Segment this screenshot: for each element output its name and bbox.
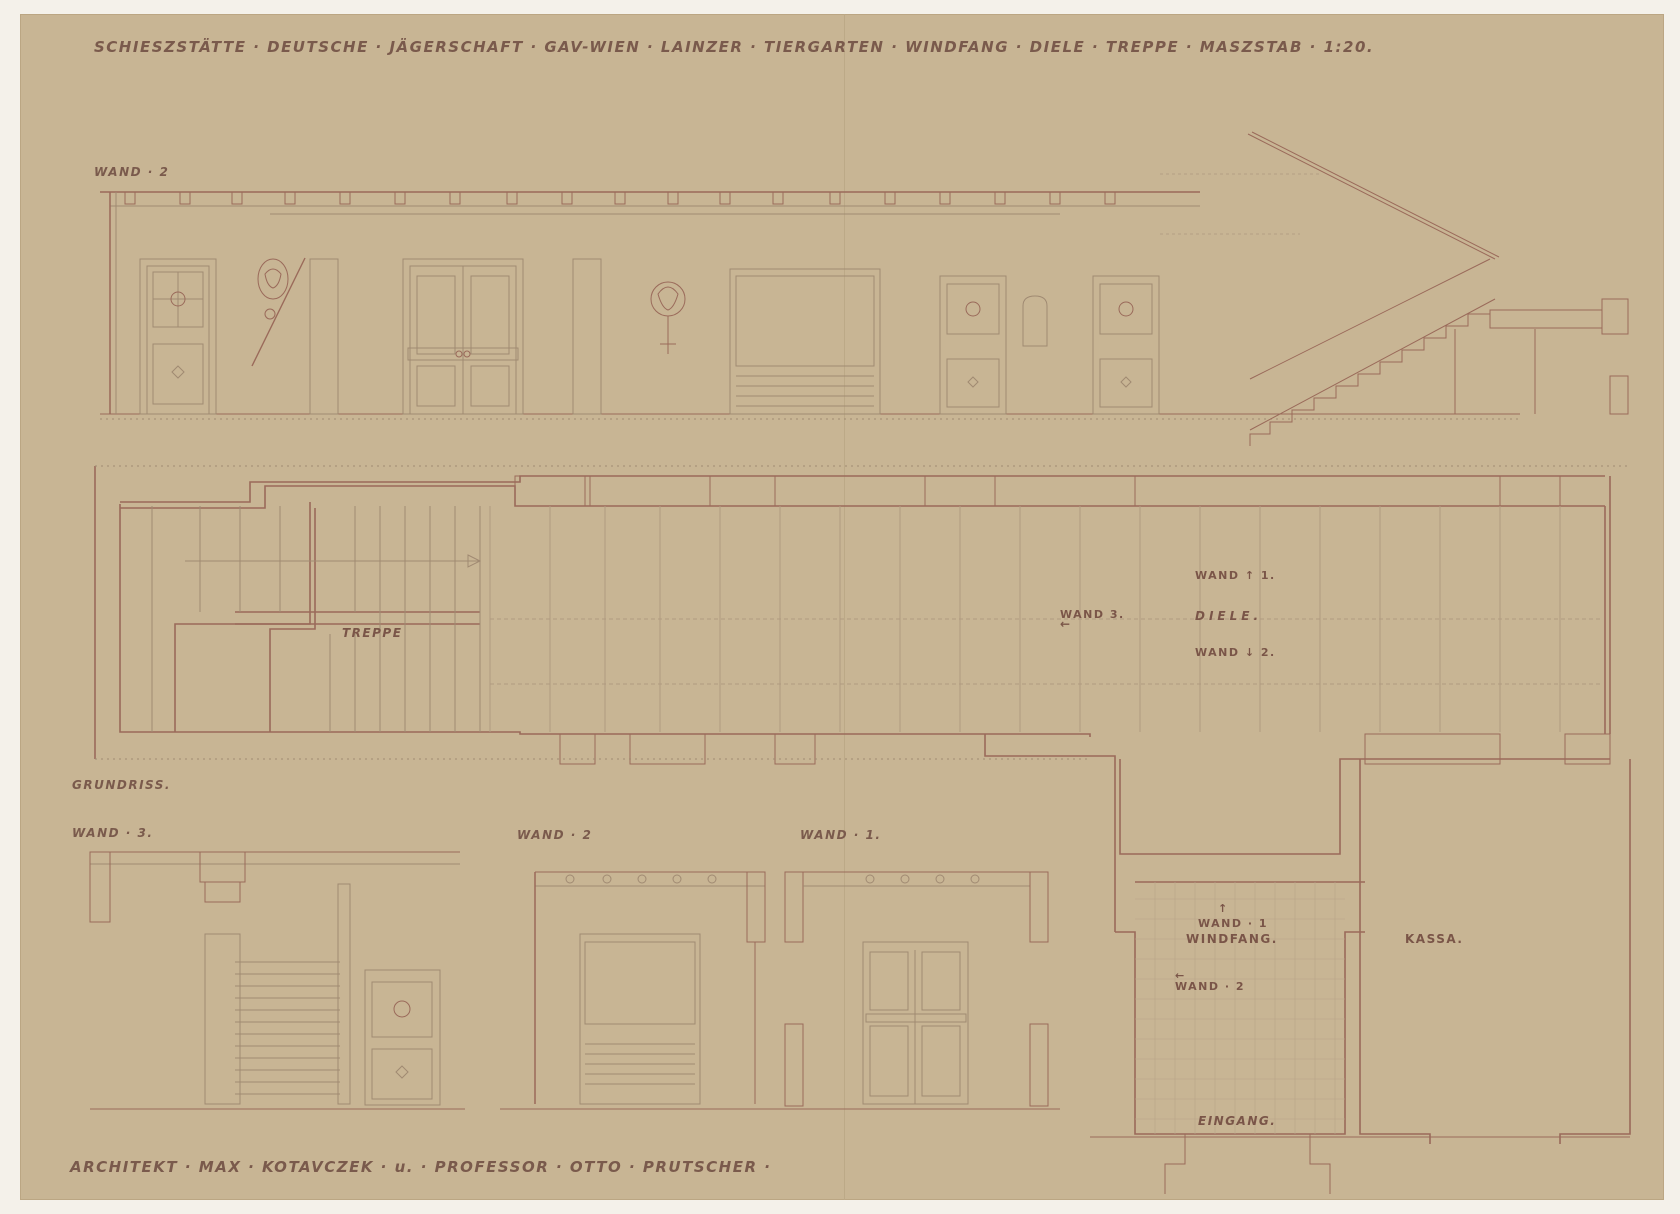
section-label-wand2: WAND · 2 [517,828,592,842]
wall-marker-windfang-wand1: WAND · 1 [1198,917,1268,930]
boar-trophy-icon [252,258,305,366]
door-left [140,259,216,414]
drawing-title: SCHIESZSTÄTTE · DEUTSCHE · JÄGERSCHAFT ·… [94,38,1374,56]
fox-trophy-icon [651,282,685,354]
wall-marker-diele-wand2: WAND ↓ 2. [1195,646,1276,659]
room-label-diele: DIELE. [1195,609,1262,623]
elevation-wand2 [500,872,780,1109]
wall-marker-diele-wand1: WAND ↑ 1. [1195,569,1276,582]
architect-credit: ARCHITEKT · MAX · KOTAVCZEK · u. · PROFE… [70,1158,771,1176]
room-label-treppe: TREPPE [342,626,402,640]
section-label-top-wand2: WAND · 2 [94,165,169,179]
arrow-up-icon: ↑ [1218,902,1229,915]
section-label-grundriss: GRUNDRISS. [72,778,171,792]
room-label-windfang: WINDFANG. [1186,932,1278,946]
door-right-2 [1093,276,1159,414]
room-label-eingang: EINGANG. [1198,1114,1276,1128]
wall-marker-windfang-wand2: WAND · 2 [1175,980,1245,993]
top-elevation-wand2 [100,132,1628,446]
door-right-1 [940,276,1006,414]
room-label-kassa: KASSA. [1405,932,1463,946]
drawing-sheet: SCHIESZSTÄTTE · DEUTSCHE · JÄGERSCHAFT ·… [20,14,1664,1200]
elevation-wand3 [90,852,465,1109]
elevation-wand1 [780,872,1060,1109]
architectural-drawing [20,14,1664,1200]
double-door-center [403,259,523,414]
section-label-wand1: WAND · 1. [800,828,881,842]
stair-elevation [1248,132,1628,446]
section-label-wand3: WAND · 3. [72,826,153,840]
arrow-left-icon: ← [1060,617,1072,631]
